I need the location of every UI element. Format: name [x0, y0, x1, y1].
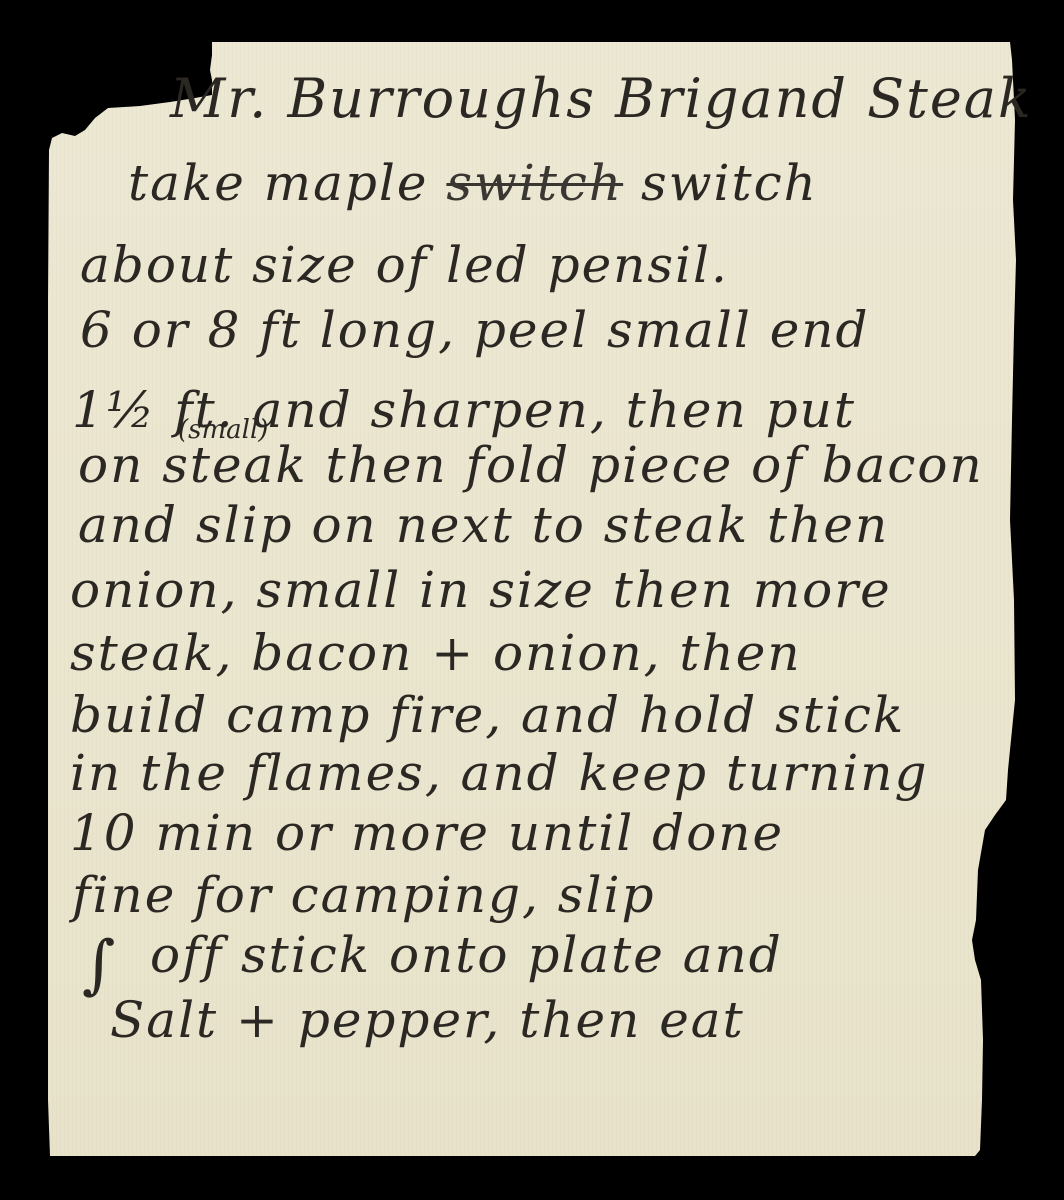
note-line-12: 10 min or more until done — [70, 808, 784, 858]
note-line-15: Salt + pepper, then eat — [110, 995, 745, 1045]
note-line-14: off stick onto plate and — [150, 930, 783, 980]
note-line-2-before: take maple — [128, 154, 446, 212]
note-line-11: in the flames, and keep turning — [70, 748, 929, 798]
note-line-3: about size of led pensil. — [80, 240, 729, 290]
note-line-6: on steak then fold piece of bacon — [78, 440, 984, 490]
note-line-2-after: switch — [623, 154, 818, 212]
document-viewer: Mr. Burroughs Brigand Steak take maple s… — [0, 0, 1064, 1200]
note-line-13: fine for camping, slip — [72, 870, 655, 920]
note-title: Mr. Burroughs Brigand Steak — [170, 72, 1033, 126]
note-line-10: build camp fire, and hold stick — [70, 690, 905, 740]
note-line-8: onion, small in size then more — [70, 565, 892, 615]
note-line-9: steak, bacon + onion, then — [70, 628, 802, 678]
note-line-7: and slip on next to steak then — [78, 500, 889, 550]
note-line-4: 6 or 8 ft long, peel small end — [80, 305, 870, 355]
note-line-2: take maple switch switch — [128, 158, 818, 208]
struck-out-word: switch — [446, 154, 623, 212]
